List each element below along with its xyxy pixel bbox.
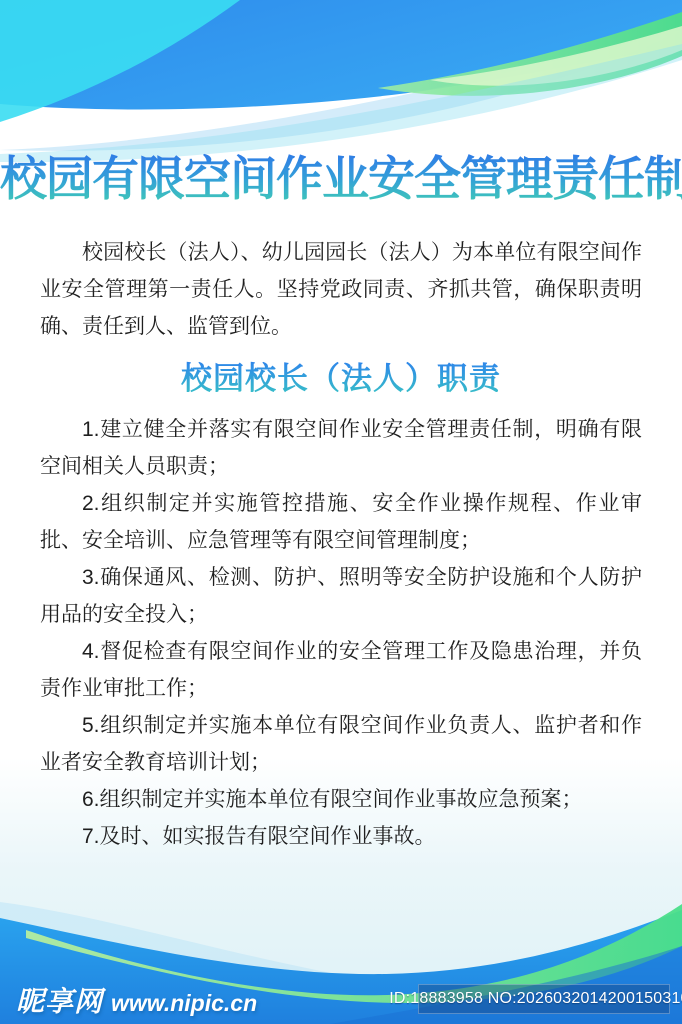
duty-item-7: 7.及时、如实报告有限空间作业事故。	[40, 818, 642, 855]
image-id-badge: ID:18883958 NO:20260320142001503108	[418, 984, 670, 1014]
site-url: www.nipic.cn	[111, 990, 257, 1016]
duty-item-4: 4.督促检查有限空间作业的安全管理工作及隐患治理，并负责作业审批工作；	[40, 633, 642, 707]
site-logo: 昵享网	[16, 986, 103, 1017]
duty-item-5: 5.组织制定并实施本单位有限空间作业负责人、监护者和作业者安全教育培训计划；	[40, 707, 642, 781]
duty-item-6: 6.组织制定并实施本单位有限空间作业事故应急预案；	[40, 781, 642, 818]
duty-item-1: 1.建立健全并落实有限空间作业安全管理责任制，明确有限空间相关人员职责；	[40, 411, 642, 485]
poster-title: 校园有限空间作业安全管理责任制	[0, 146, 682, 212]
duty-item-2: 2.组织制定并实施管控措施、安全作业操作规程、作业审批、安全培训、应急管理等有限…	[40, 485, 642, 559]
poster-body: 校园校长（法人）、幼儿园园长（法人）为本单位有限空间作业安全管理第一责任人。坚持…	[40, 234, 642, 855]
intro-paragraph: 校园校长（法人）、幼儿园园长（法人）为本单位有限空间作业安全管理第一责任人。坚持…	[40, 234, 642, 345]
duty-item-3: 3.确保通风、检测、防护、照明等安全防护设施和个人防护用品的安全投入；	[40, 559, 642, 633]
safety-poster: 校园有限空间作业安全管理责任制 校园校长（法人）、幼儿园园长（法人）为本单位有限…	[0, 0, 682, 1024]
site-watermark: 昵享网www.nipic.cn	[16, 980, 257, 1020]
section-heading: 校园校长（法人）职责	[40, 357, 642, 401]
